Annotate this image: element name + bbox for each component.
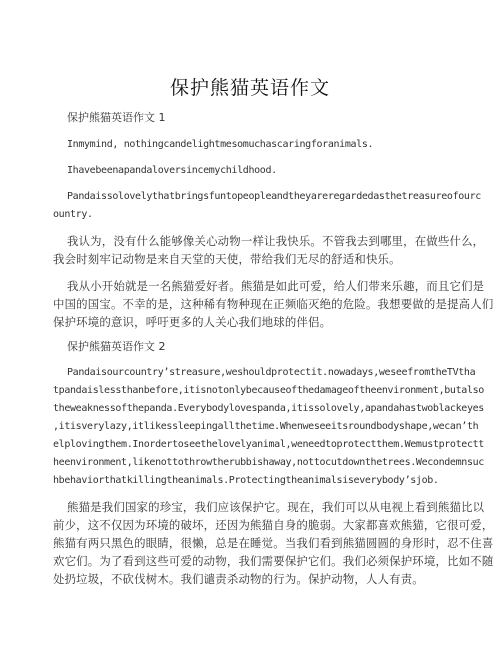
essay2-en-line: tpandaislessthanbefore,itisnotonlybecaus… [53, 384, 484, 398]
essay1-line: Inmymind, nothingcandelightmesomuchascar… [67, 138, 373, 152]
essay1-cn-p1-line: 我会时刻牢记动物是来自天堂的天使，带给我们无尽的舒适和快乐。 [53, 252, 401, 266]
essay2-en-line: elplovingthem.Inordertoseethelovelyanima… [53, 438, 484, 452]
essay1-cn-p2-line: 中国的国宝。不幸的是，这种稀有物种现在正频临灭绝的危险。我想要做的是提高人们 [53, 297, 493, 311]
essay2-en-line: theweaknessofthepanda.Everybodylovespand… [53, 402, 484, 416]
essay1-line: ountry. [53, 208, 93, 222]
essay2-en-line: ,itisverylazy,itlikessleepingallthetime.… [53, 420, 478, 434]
page-title: 保护熊猫英语作文 [0, 73, 500, 100]
essay2-heading: 保护熊猫英语作文 2 [67, 340, 166, 354]
essay1-line: Ihavebeenapandaloversincemychildhood. [67, 164, 277, 178]
essay1-cn-p1-line: 我认为，没有什么能够像关心动物一样让我快乐。不管我去到哪里，在做些什么， [67, 234, 484, 248]
essay1-heading: 保护熊猫英语作文 1 [67, 111, 166, 125]
essay2-cn-line: 处扔垃圾，不砍伐树木。我们谴责杀动物的行为。保护动物，人人有责。 [53, 572, 424, 586]
document-page: 保护熊猫英语作文 保护熊猫英语作文 1 Inmymind, nothingcan… [0, 0, 500, 647]
essay2-en-line: heenvironment,likenottothrowtherubbishaw… [53, 456, 484, 470]
essay1-cn-p2-line: 我从小开始就是一名熊猫爱好者。熊猫是如此可爱，给人们带来乐趣，而且它们是 [67, 279, 484, 293]
essay2-cn-line: 前少，这不仅因为环境的破坏，还因为熊猫自身的脆弱。大家都喜欢熊猫，它很可爱， [53, 518, 493, 532]
essay2-en-line: hbehaviorthatkillingtheanimals.Protectin… [53, 474, 439, 488]
essay2-cn-line: 熊猫是我们国家的珍宝，我们应该保护它。现在，我们可以从电视上看到熊猫比以 [67, 500, 484, 514]
essay2-en-line: Pandaisourcountry’streasure,weshouldprot… [67, 366, 475, 380]
essay1-line: Pandaissolovelythatbringsfuntopeopleandt… [67, 190, 481, 204]
essay1-cn-p2-line: 保护环境的意识，呼吁更多的人关心我们地球的伴侣。 [53, 315, 331, 329]
essay2-cn-line: 熊猫有两只黑色的眼睛，很懒，总是在睡觉。当我们看到熊猫圆圆的身形时，忍不住喜 [53, 536, 493, 550]
essay2-cn-line: 欢它们。为了看到这些可爱的动物，我们需要保护它们。我们必须保护环境，比如不随 [53, 554, 493, 568]
